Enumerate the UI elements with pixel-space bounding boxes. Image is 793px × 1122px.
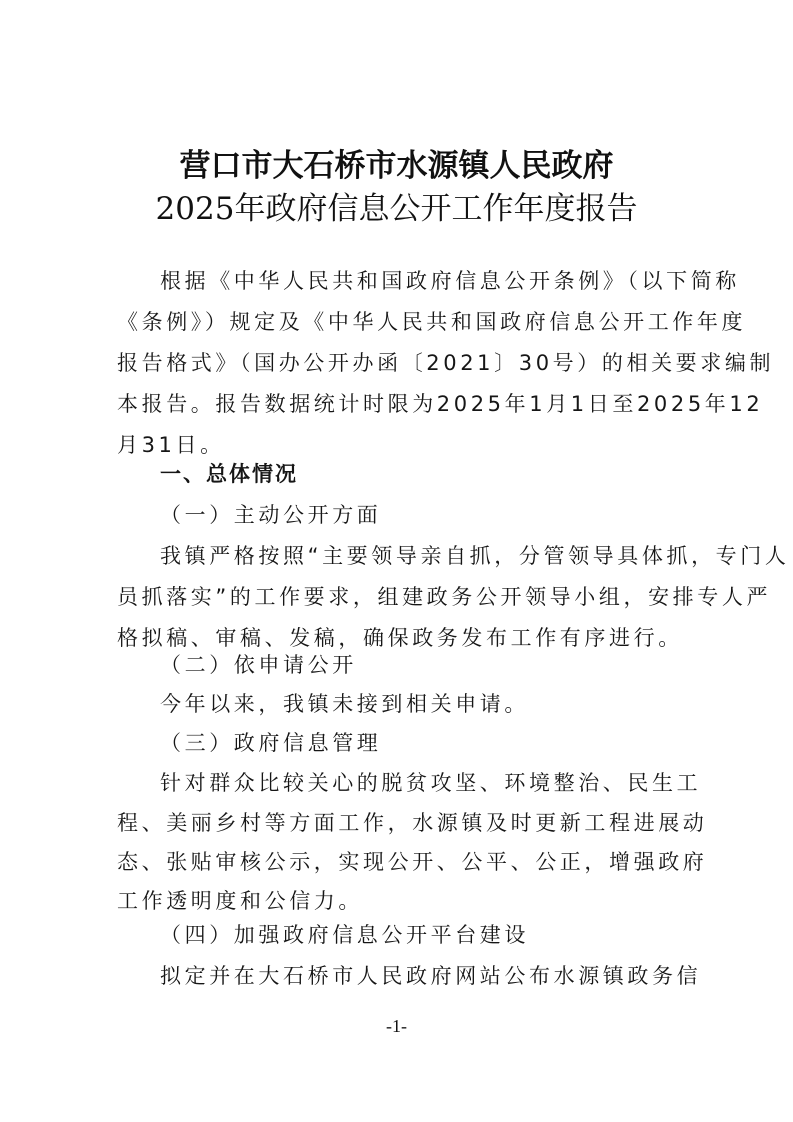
application-line-1: 今年以来，我镇未接到相关申请。	[160, 691, 529, 717]
section-heading-overview: 一、总体情况	[160, 461, 298, 487]
info-management-line-2: 程、美丽乡村等方面工作，水源镇及时更新工程进展动	[117, 810, 707, 836]
info-management-line-1: 针对群众比较关心的脱贫攻坚、环境整治、民生工	[160, 770, 701, 796]
subsection-heading-application: （二）依申请公开	[160, 652, 357, 678]
intro-line-1: 根据《中华人民共和国政府信息公开条例》（以下简称	[160, 268, 740, 294]
document-page: 营口市大石桥市水源镇人民政府 2025年政府信息公开工作年度报告 根据《中华人民…	[0, 0, 793, 1122]
proactive-line-2: 员抓落实”的工作要求，组建政务公开领导小组，安排专人严	[117, 584, 771, 610]
document-title-line2: 2025年政府信息公开工作年度报告	[0, 183, 793, 228]
intro-line-4: 本报告。报告数据统计时限为2025年1月1日至2025年12	[117, 391, 763, 417]
intro-line-2: 《条例》）规定及《中华人民共和国政府信息公开工作年度	[117, 309, 746, 335]
document-title-line1: 营口市大石桥市水源镇人民政府	[0, 140, 793, 185]
platform-line-1: 拟定并在大石桥市人民政府网站公布水源镇政务信	[160, 963, 701, 989]
subsection-heading-info-management: （三）政府信息管理	[160, 730, 381, 756]
intro-line-3: 报告格式》（国办公开办函〔2021〕30号）的相关要求编制	[117, 350, 774, 376]
page-number: -1-	[0, 1016, 793, 1037]
proactive-line-1: 我镇严格按照“主要领导亲自抓，分管领导具体抓，专门人	[160, 543, 789, 569]
subsection-heading-proactive: （一）主动公开方面	[160, 502, 381, 528]
proactive-line-3: 格拟稿、审稿、发稿，确保政务发布工作有序进行。	[117, 625, 683, 651]
info-management-line-4: 工作透明度和公信力。	[117, 888, 363, 914]
subsection-heading-platform: （四）加强政府信息公开平台建设	[160, 922, 529, 948]
info-management-line-3: 态、张贴审核公示，实现公开、公平、公正，增强政府	[117, 849, 707, 875]
intro-line-5: 月31日。	[117, 432, 225, 458]
